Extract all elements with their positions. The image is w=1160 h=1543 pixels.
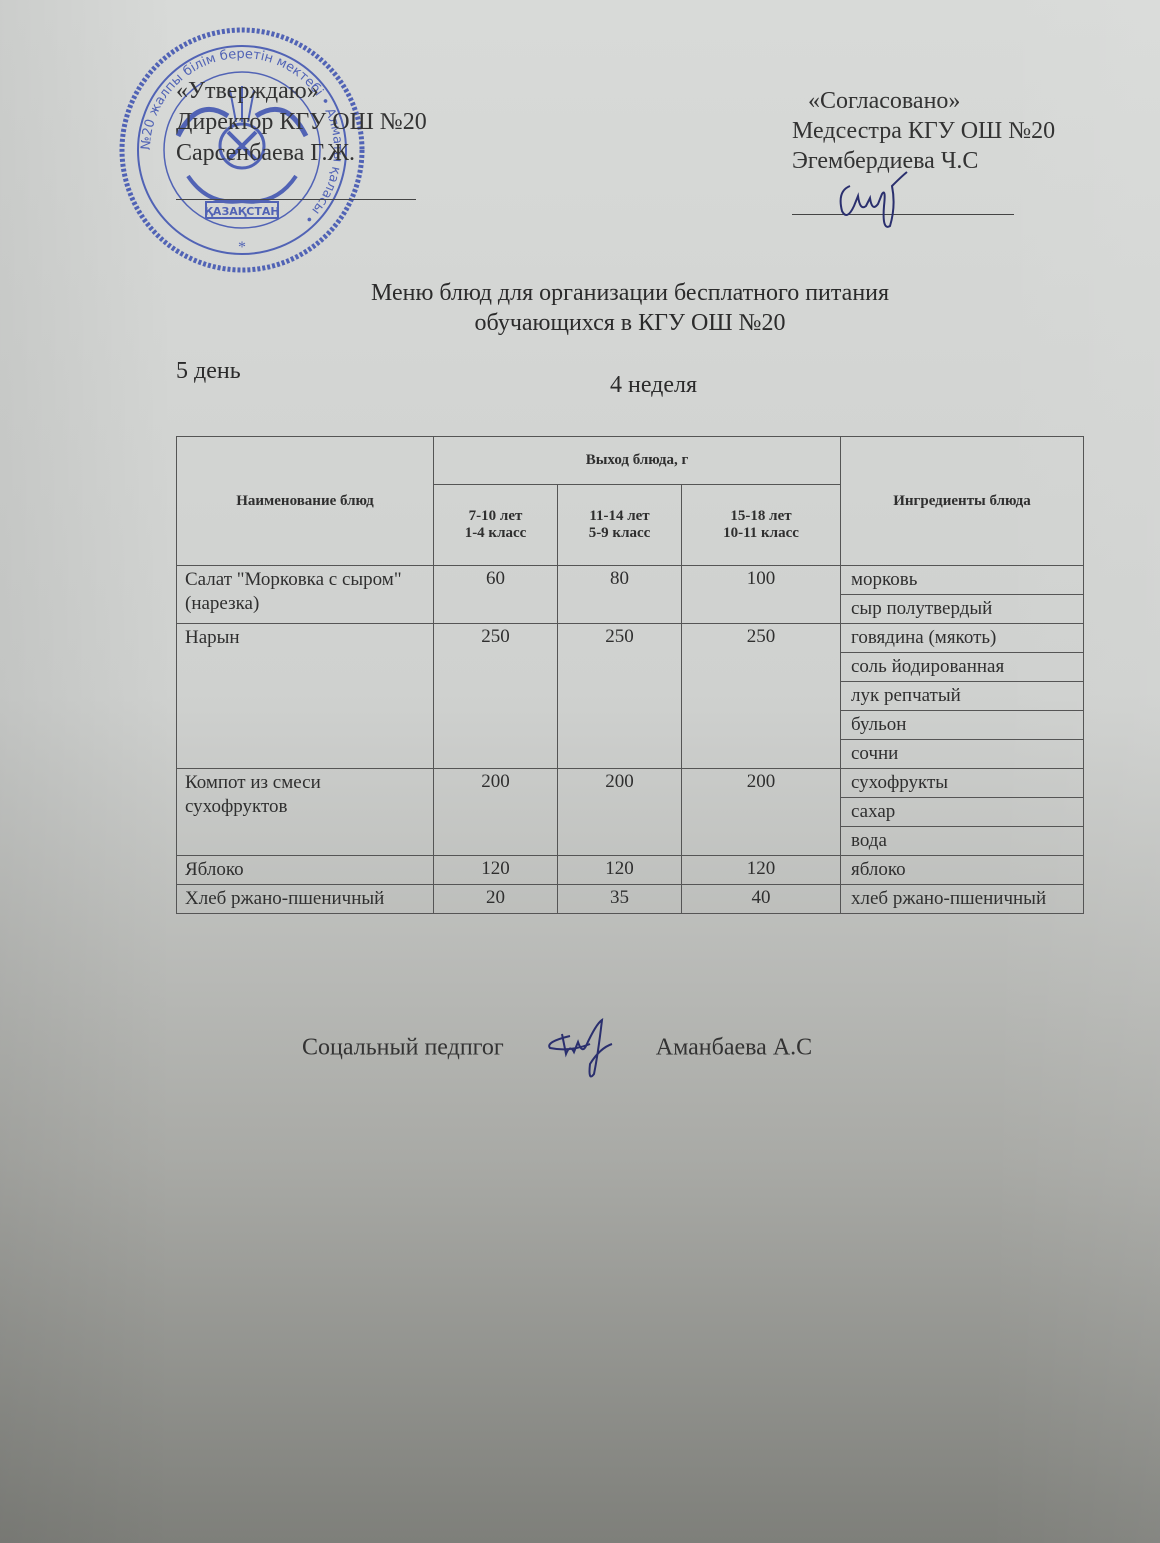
- yield-value: 20: [434, 885, 558, 914]
- ingredient: сыр полутвердый: [841, 595, 1084, 624]
- header-age-group: 11-14 лет 5-9 класс: [558, 485, 682, 566]
- week-label: 4 неделя: [610, 372, 697, 399]
- table-row: Нарын250250250говядина (мякоть): [177, 624, 1084, 653]
- dish-name: Нарын: [177, 624, 434, 769]
- table-row: Яблоко120120120яблоко: [177, 856, 1084, 885]
- agreement-block: «Согласовано» Медсестра КГУ ОШ №20 Эгемб…: [792, 86, 1055, 215]
- approval-signature-line: [176, 171, 416, 200]
- agreement-position: Медсестра КГУ ОШ №20: [792, 116, 1055, 146]
- ingredient: бульон: [841, 711, 1084, 740]
- dish-name: Компот из смеси сухофруктов: [177, 769, 434, 856]
- yield-value: 100: [682, 566, 841, 624]
- header-dish-name: Наименование блюд: [177, 437, 434, 566]
- title-line-1: Меню блюд для организации бесплатного пи…: [300, 278, 960, 308]
- ingredient: соль йодированная: [841, 653, 1084, 682]
- social-pedagogue-signature-icon: [540, 1014, 620, 1084]
- header-yield: Выход блюда, г: [434, 437, 841, 485]
- svg-text:*: *: [238, 239, 246, 256]
- approval-block: «Утверждаю» Директор КГУ ОШ №20 Сарсенба…: [176, 76, 427, 200]
- menu-table: Наименование блюд Выход блюда, г Ингреди…: [176, 436, 1084, 914]
- yield-value: 120: [558, 856, 682, 885]
- approval-heading: «Утверждаю»: [176, 76, 427, 107]
- table-row: Хлеб ржано-пшеничный203540хлеб ржано-пше…: [177, 885, 1084, 914]
- nurse-signature-icon: [832, 166, 912, 236]
- yield-value: 120: [682, 856, 841, 885]
- yield-value: 250: [558, 624, 682, 769]
- yield-value: 35: [558, 885, 682, 914]
- document-title: Меню блюд для организации бесплатного пи…: [300, 278, 960, 338]
- table-row: Салат "Морковка с сыром" (нарезка)608010…: [177, 566, 1084, 595]
- yield-value: 250: [682, 624, 841, 769]
- footer-name: Аманбаева А.С: [656, 1035, 812, 1061]
- agreement-heading: «Согласовано»: [792, 86, 1055, 116]
- footer-signature: Соцальный педпгог Аманбаева А.С: [302, 1014, 812, 1084]
- yield-value: 40: [682, 885, 841, 914]
- header-age-group: 7-10 лет 1-4 класс: [434, 485, 558, 566]
- ingredient: лук репчатый: [841, 682, 1084, 711]
- ingredient: вода: [841, 827, 1084, 856]
- yield-value: 60: [434, 566, 558, 624]
- header-ingredients: Ингредиенты блюда: [841, 437, 1084, 566]
- ingredient: хлеб ржано-пшеничный: [841, 885, 1084, 914]
- dish-name: Салат "Морковка с сыром" (нарезка): [177, 566, 434, 624]
- ingredient: сочни: [841, 740, 1084, 769]
- header-age-group: 15-18 лет 10-11 класс: [682, 485, 841, 566]
- table-row: Компот из смеси сухофруктов200200200сухо…: [177, 769, 1084, 798]
- day-label: 5 день: [176, 358, 241, 385]
- ingredient: говядина (мякоть): [841, 624, 1084, 653]
- dish-name: Яблоко: [177, 856, 434, 885]
- ingredient: яблоко: [841, 856, 1084, 885]
- title-line-2: обучающихся в КГУ ОШ №20: [300, 308, 960, 338]
- approval-position: Директор КГУ ОШ №20: [176, 107, 427, 138]
- svg-text:ҚАЗАҚСТАН: ҚАЗАҚСТАН: [204, 205, 279, 218]
- ingredient: сахар: [841, 798, 1084, 827]
- footer-position: Соцальный педпгог: [302, 1035, 504, 1061]
- yield-value: 200: [558, 769, 682, 856]
- yield-value: 120: [434, 856, 558, 885]
- ingredient: сухофрукты: [841, 769, 1084, 798]
- dish-name: Хлеб ржано-пшеничный: [177, 885, 434, 914]
- yield-value: 200: [682, 769, 841, 856]
- ingredient: морковь: [841, 566, 1084, 595]
- yield-value: 200: [434, 769, 558, 856]
- approval-name: Сарсенбаева Г.Ж.: [176, 138, 427, 169]
- yield-value: 80: [558, 566, 682, 624]
- yield-value: 250: [434, 624, 558, 769]
- agreement-signature-line: [792, 214, 1014, 215]
